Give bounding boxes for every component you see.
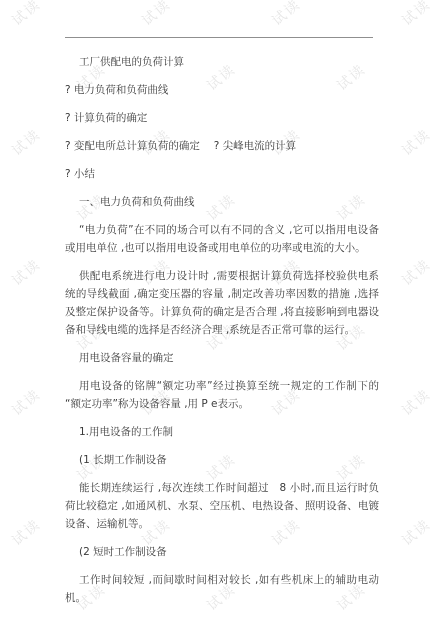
header-divider-line	[65, 37, 373, 38]
paragraph: “电力负荷”在不同的场合可以有不同的含义 ,它可以指用电设备或用电单位 ,也可以…	[65, 221, 379, 257]
paragraph: 1.用电设备的工作制	[65, 423, 379, 441]
paragraph: ? 电力负荷和负荷曲线	[65, 81, 379, 99]
paragraph: (2 短时工作制设备	[65, 543, 379, 561]
watermark-text: 试读	[7, 254, 44, 290]
paragraph: 用电设备容量的确定	[65, 349, 379, 367]
watermark-text: 试读	[137, 0, 174, 30]
watermark-text: 试读	[397, 0, 434, 30]
paragraph: 供配电系统进行电力设计时 ,需要根据计算负荷选择校验供电系统的导线截面 ,确定变…	[65, 267, 379, 339]
watermark-text: 试读	[7, 514, 44, 550]
paragraph: ? 变配电所总计算负荷的确定 ? 尖峰电流的计算	[65, 137, 379, 155]
paragraph: 用电设备的铭牌“额定功率”经过换算至统一规定的工作制下的 “额定功率”称为设备容…	[65, 377, 379, 413]
paragraph: 工厂供配电的负荷计算	[65, 53, 379, 71]
paragraph: (1 长期工作制设备	[65, 451, 379, 469]
watermark-text: 试读	[7, 124, 44, 160]
paragraph: ? 计算负荷的确定	[65, 109, 379, 127]
watermark-text: 试读	[397, 124, 434, 160]
watermark-text: 试读	[267, 0, 304, 30]
document-body: 工厂供配电的负荷计算? 电力负荷和负荷曲线? 计算负荷的确定? 变配电所总计算负…	[65, 53, 379, 617]
watermark-text: 试读	[397, 254, 434, 290]
paragraph: 工作时间较短 ,而间歇时间相对较长 ,如有些机床上的辅助电动机。	[65, 571, 379, 607]
paragraph: 能长期连续运行 ,每次连续工作时间超过 8 小时,而且运行时负荷比较稳定 ,如通…	[65, 479, 379, 533]
document-page: 试读试读试读试读试读试读试读试读试读试读试读试读试读试读试读试读试读试读试读试读…	[0, 0, 440, 620]
watermark-text: 试读	[397, 514, 434, 550]
watermark-text: 试读	[7, 0, 44, 30]
watermark-text: 试读	[7, 384, 44, 420]
paragraph: 一、电力负荷和负荷曲线	[65, 193, 379, 211]
watermark-text: 试读	[397, 384, 434, 420]
paragraph: ? 小结	[65, 165, 379, 183]
